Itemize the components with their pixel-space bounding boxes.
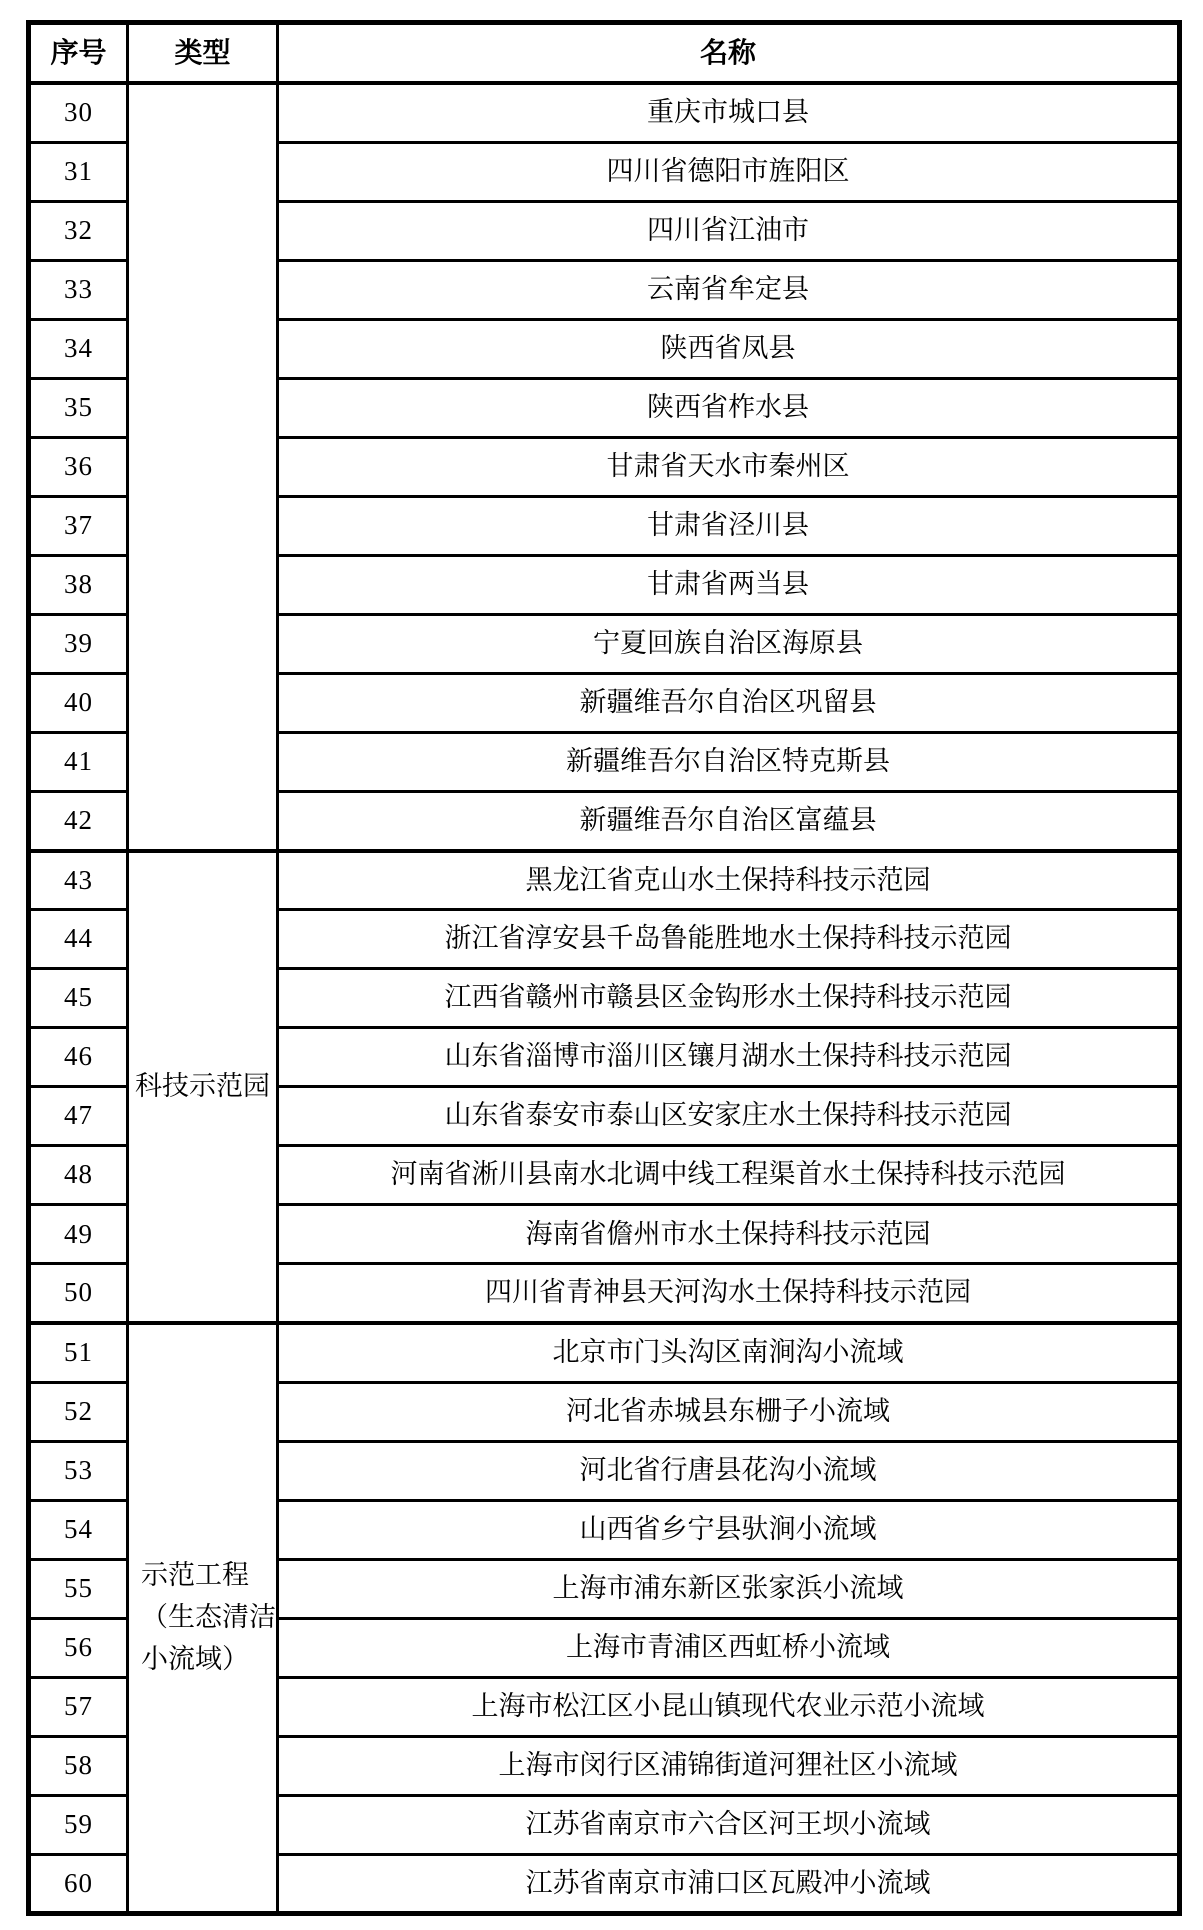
seq-number-cell: 60 [29,1854,128,1913]
type-label-multiline: 示范工程（生态清洁小流域） [129,1555,276,1681]
type-cell: 示范工程（生态清洁小流域） [128,1323,278,1914]
name-cell: 新疆维吾尔自治区特克斯县 [278,733,1180,792]
seq-number-cell: 48 [29,1146,128,1205]
document-page: 序号 类型 名称 30重庆市城口县31四川省德阳市旌阳区32四川省江油市33云南… [0,0,1203,1930]
seq-number-cell: 32 [29,201,128,260]
type-cell: 科技示范园 [128,851,278,1323]
seq-number-cell: 36 [29,437,128,496]
seq-number-cell: 54 [29,1500,128,1559]
seq-number-cell: 53 [29,1441,128,1500]
seq-number-cell: 59 [29,1795,128,1854]
roster-body: 30重庆市城口县31四川省德阳市旌阳区32四川省江油市33云南省牟定县34陕西省… [29,83,1180,1914]
seq-number-cell: 44 [29,910,128,969]
header-row: 序号 类型 名称 [29,23,1180,84]
name-cell: 黑龙江省克山水土保持科技示范园 [278,851,1180,910]
seq-number-cell: 42 [29,792,128,851]
table-row: 43科技示范园黑龙江省克山水土保持科技示范园 [29,851,1180,910]
seq-number-cell: 33 [29,260,128,319]
name-cell: 山东省淄博市淄川区镶月湖水土保持科技示范园 [278,1028,1180,1087]
type-cell-empty [128,83,278,851]
name-cell: 上海市闵行区浦锦街道河狸社区小流域 [278,1736,1180,1795]
roster-table: 序号 类型 名称 30重庆市城口县31四川省德阳市旌阳区32四川省江油市33云南… [26,20,1182,1916]
seq-number-cell: 57 [29,1677,128,1736]
seq-number-cell: 40 [29,673,128,732]
name-cell: 上海市青浦区西虹桥小流域 [278,1618,1180,1677]
name-cell: 甘肃省泾川县 [278,496,1180,555]
header-name: 名称 [278,23,1180,84]
type-label-line: （生态清洁 [141,1597,276,1639]
name-cell: 新疆维吾尔自治区富蕴县 [278,792,1180,851]
name-cell: 四川省江油市 [278,201,1180,260]
seq-number-cell: 46 [29,1028,128,1087]
seq-number-cell: 39 [29,614,128,673]
seq-number-cell: 43 [29,851,128,910]
name-cell: 四川省青神县天河沟水土保持科技示范园 [278,1264,1180,1323]
name-cell: 新疆维吾尔自治区巩留县 [278,673,1180,732]
name-cell: 重庆市城口县 [278,83,1180,142]
seq-number-cell: 34 [29,319,128,378]
seq-number-cell: 49 [29,1205,128,1264]
name-cell: 云南省牟定县 [278,260,1180,319]
name-cell: 海南省儋州市水土保持科技示范园 [278,1205,1180,1264]
name-cell: 甘肃省两当县 [278,555,1180,614]
seq-number-cell: 55 [29,1559,128,1618]
table-row: 51示范工程（生态清洁小流域）北京市门头沟区南涧沟小流域 [29,1323,1180,1382]
name-cell: 北京市门头沟区南涧沟小流域 [278,1323,1180,1382]
seq-number-cell: 37 [29,496,128,555]
name-cell: 四川省德阳市旌阳区 [278,142,1180,201]
name-cell: 陕西省柞水县 [278,378,1180,437]
seq-number-cell: 30 [29,83,128,142]
seq-number-cell: 35 [29,378,128,437]
table-row: 30重庆市城口县 [29,83,1180,142]
seq-number-cell: 31 [29,142,128,201]
seq-number-cell: 38 [29,555,128,614]
name-cell: 甘肃省天水市秦州区 [278,437,1180,496]
seq-number-cell: 52 [29,1382,128,1441]
seq-number-cell: 58 [29,1736,128,1795]
header-seq-number: 序号 [29,23,128,84]
name-cell: 上海市松江区小昆山镇现代农业示范小流域 [278,1677,1180,1736]
seq-number-cell: 50 [29,1264,128,1323]
name-cell: 陕西省凤县 [278,319,1180,378]
name-cell: 江苏省南京市六合区河王坝小流域 [278,1795,1180,1854]
name-cell: 河北省行唐县花沟小流域 [278,1441,1180,1500]
name-cell: 山东省泰安市泰山区安家庄水土保持科技示范园 [278,1087,1180,1146]
seq-number-cell: 41 [29,733,128,792]
header-type: 类型 [128,23,278,84]
name-cell: 山西省乡宁县驮涧小流域 [278,1500,1180,1559]
seq-number-cell: 56 [29,1618,128,1677]
seq-number-cell: 45 [29,969,128,1028]
name-cell: 河南省淅川县南水北调中线工程渠首水土保持科技示范园 [278,1146,1180,1205]
name-cell: 宁夏回族自治区海原县 [278,614,1180,673]
name-cell: 江西省赣州市赣县区金钩形水土保持科技示范园 [278,969,1180,1028]
seq-number-cell: 47 [29,1087,128,1146]
seq-number-cell: 51 [29,1323,128,1382]
name-cell: 河北省赤城县东栅子小流域 [278,1382,1180,1441]
type-label-line: 示范工程 [141,1555,276,1597]
name-cell: 上海市浦东新区张家浜小流域 [278,1559,1180,1618]
type-label-line: 小流域） [141,1639,276,1681]
name-cell: 江苏省南京市浦口区瓦殿冲小流域 [278,1854,1180,1913]
name-cell: 浙江省淳安县千岛鲁能胜地水土保持科技示范园 [278,910,1180,969]
